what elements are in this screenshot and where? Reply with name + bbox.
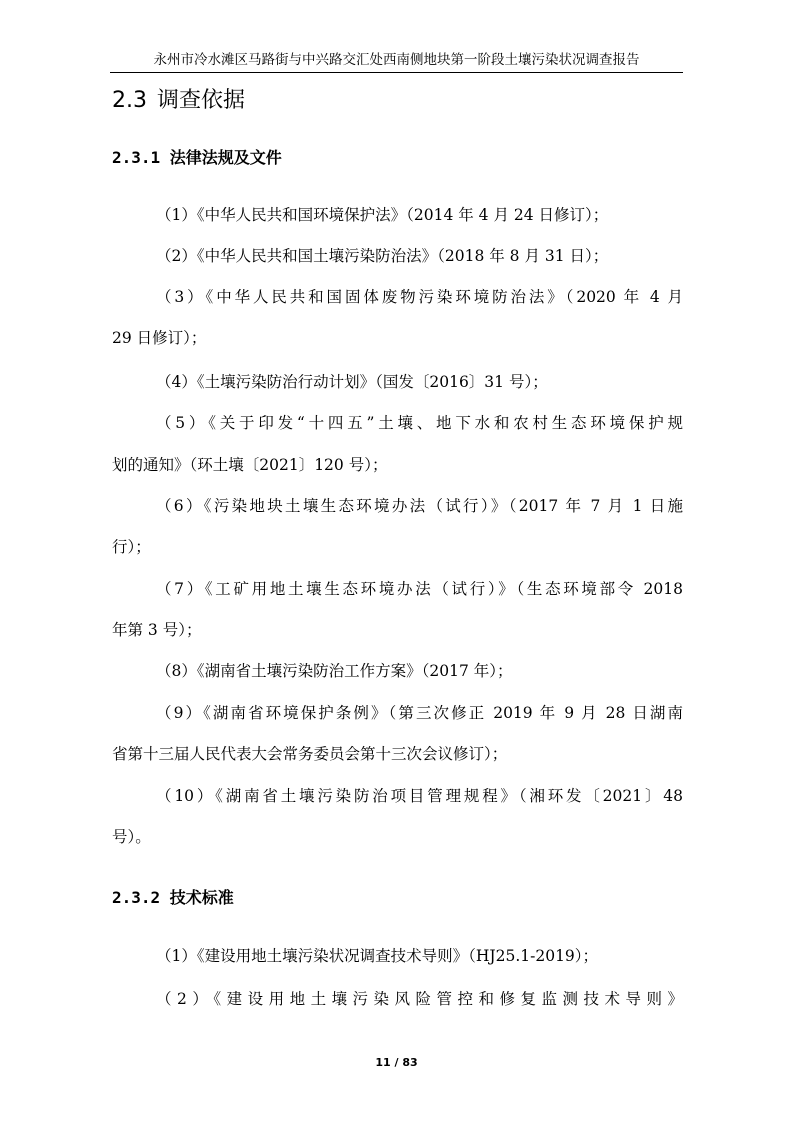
list-item: （2）《建设用地土壤污染风险管控和修复监测技术导则》	[112, 988, 683, 1010]
list-item-continuation: 号）。	[112, 826, 683, 848]
list-item: （2）《中华人民共和国土壤污染防治法》（2018 年 8 月 31 日）；	[112, 245, 683, 267]
list-item: （6）《污染地块土壤生态环境办法（试行）》（2017 年 7 月 1 日施	[112, 495, 683, 517]
header-divider	[110, 72, 683, 73]
list-item: （5）《关于印发“十四五”土壤、地下水和农村生态环境保护规	[112, 412, 683, 434]
section-number: 2.3	[112, 88, 147, 113]
list-item-continuation: 划的通知》（环土壤〔2021〕120 号）；	[112, 454, 683, 476]
list-item: （9）《湖南省环境保护条例》（第三次修正 2019 年 9 月 28 日湖南	[112, 702, 683, 724]
subsection-heading-standards: 2.3.2 技术标准	[112, 887, 234, 909]
section-heading: 2.3调查依据	[112, 86, 245, 116]
list-item-continuation: 省第十三届人民代表大会常务委员会第十三次会议修订）；	[112, 743, 683, 765]
running-header: 永州市冷水滩区马路街与中兴路交汇处西南侧地块第一阶段土壤污染状况调查报告	[110, 51, 683, 69]
list-item-continuation: 行）；	[112, 536, 683, 558]
list-item: （4）《土壤污染防治行动计划》（国发〔2016〕31 号）；	[112, 371, 683, 393]
page-number: 11 / 83	[0, 1056, 793, 1070]
list-item: （3）《中华人民共和国固体废物污染环境防治法》（2020 年 4 月	[112, 286, 683, 308]
list-item: （1）《中华人民共和国环境保护法》（2014 年 4 月 24 日修订）；	[112, 204, 683, 226]
list-item-continuation: 29 日修订）；	[112, 327, 683, 349]
list-item: （7）《工矿用地土壤生态环境办法（试行）》（生态环境部令 2018	[112, 578, 683, 600]
section-title: 调查依据	[157, 88, 245, 113]
subsection-heading-laws: 2.3.1 法律法规及文件	[112, 147, 282, 169]
list-item: （10）《湖南省土壤污染防治项目管理规程》（湘环发〔2021〕48	[112, 785, 683, 807]
list-item: （8）《湖南省土壤污染防治工作方案》（2017 年）；	[112, 660, 683, 682]
list-item: （1）《建设用地土壤污染状况调查技术导则》（HJ25.1-2019）；	[112, 945, 683, 967]
list-item-continuation: 年第 3 号）；	[112, 619, 683, 641]
